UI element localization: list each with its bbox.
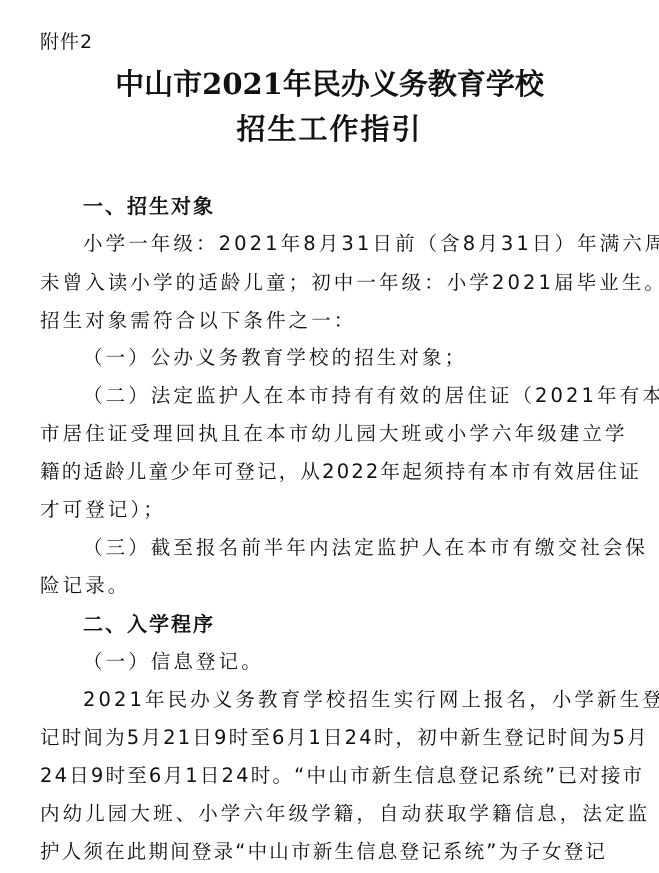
- document-title-line-1: 中山市2021年民办义务教育学校: [0, 62, 659, 103]
- condition-3-line: （三）截至报名前半年内法定监护人在本市有缴交社会保: [83, 532, 648, 560]
- paragraph-line: 招生对象需符合以下条件之一：: [40, 305, 356, 333]
- paragraph-line: 未曾入读小学的适龄儿童；初中一年级：小学2021届毕业生。: [40, 267, 659, 295]
- condition-2-line: （二）法定监护人在本市持有有效的居住证（2021年有本: [83, 380, 659, 408]
- paragraph-line: 2021年民办义务教育学校招生实行网上报名，小学新生登: [83, 684, 659, 712]
- section-1-heading: 一、招生对象: [83, 190, 215, 219]
- condition-3-line: 险记录。: [40, 570, 130, 598]
- condition-2-line: 市居住证受理回执且在本市幼儿园大班或小学六年级建立学: [40, 418, 628, 446]
- paragraph-line: 护人须在此期间登录“中山市新生信息登记系统”为子女登记: [40, 836, 607, 864]
- section-2-subheading: （一）信息登记。: [83, 646, 264, 674]
- document-title-line-2: 招生工作指引: [0, 107, 659, 148]
- condition-2-line: 才可登记）；: [40, 494, 166, 522]
- paragraph-line: 内幼儿园大班、小学六年级学籍，自动获取学籍信息，法定监: [40, 798, 650, 826]
- paragraph-line: 小学一年级：2021年8月31日前（含8月31日）年满六周岁: [83, 228, 659, 256]
- condition-2-line: 籍的适龄儿童少年可登记，从2022年起须持有本市有效居住证: [40, 456, 641, 484]
- condition-1: （一）公办义务教育学校的招生对象；: [83, 342, 467, 370]
- section-2-heading: 二、入学程序: [83, 608, 215, 637]
- paragraph-line: 记时间为5月21日9时至6月1日24时，初中新生登记时间为5月: [40, 722, 649, 750]
- paragraph-line: 24日9时至6月1日24时。“中山市新生信息登记系统”已对接市: [40, 760, 644, 788]
- attachment-label: 附件2: [40, 27, 93, 54]
